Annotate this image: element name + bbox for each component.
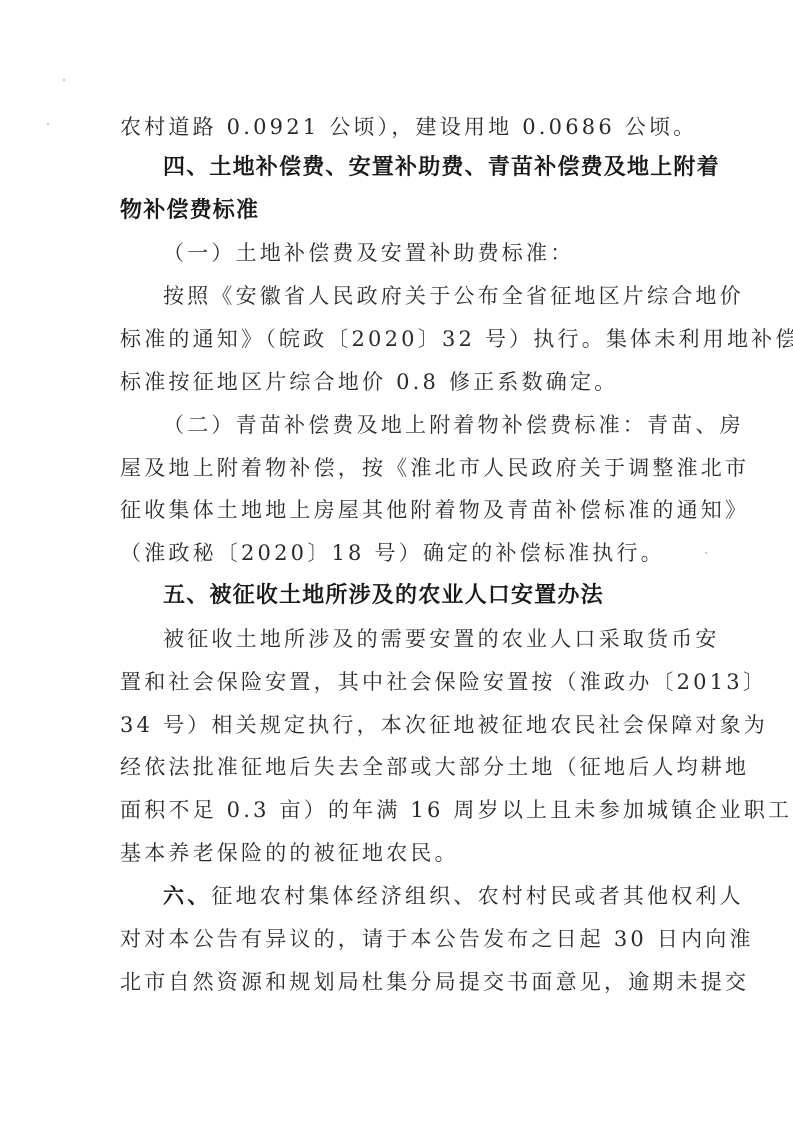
body-line: （淮政秘〔2020〕18 号）确定的补偿标准执行。 (120, 539, 680, 567)
body-line: 屋及地上附着物补偿，按《淮北市人民政府关于调整淮北市 (120, 454, 680, 482)
body-line: 按照《安徽省人民政府关于公布全省征地区片综合地价 (163, 282, 723, 310)
body-line: 标准按征地区片综合地价 0.8 修正系数确定。 (120, 368, 680, 396)
scan-speck (47, 123, 49, 125)
document-page: 农村道路 0.0921 公顷），建设用地 0.0686 公顷。 四、土地补偿费、… (0, 0, 793, 1121)
section-heading-4: 四、土地补偿费、安置补助费、青苗补偿费及地上附着 (163, 154, 723, 182)
body-line: 征收集体土地地上房屋其他附着物及青苗补偿标准的通知》 (120, 496, 680, 524)
scan-speck (705, 552, 707, 554)
section-number-6: 六、 (163, 884, 211, 908)
body-line: 面积不足 0.3 亩）的年满 16 周岁以上且未参加城镇企业职工 (120, 796, 680, 824)
body-line: 农村道路 0.0921 公顷），建设用地 0.0686 公顷。 (120, 113, 680, 141)
body-line: 被征收土地所涉及的需要安置的农业人口采取货币安 (163, 625, 723, 653)
section-6-text: 征地农村集体经济组织、农村村民或者其他权利人 (211, 884, 743, 908)
section-heading-5: 五、被征收土地所涉及的农业人口安置办法 (163, 582, 723, 610)
section-6-line: 六、征地农村集体经济组织、农村村民或者其他权利人 (163, 882, 723, 910)
body-line: 基本养老保险的的被征地农民。 (120, 839, 680, 867)
body-line: 置和社会保险安置，其中社会保险安置按（淮政办〔2013〕 (120, 668, 680, 696)
subsection-heading-2: （二）青苗补偿费及地上附着物补偿费标准：青苗、房 (163, 411, 723, 439)
body-line: 经依法批准征地后失去全部或大部分土地（征地后人均耕地 (120, 753, 680, 781)
body-line: 标准的通知》（皖政〔2020〕32 号）执行。集体未利用地补偿 (120, 325, 680, 353)
section-heading-4-cont: 物补偿费标准 (120, 197, 680, 225)
subsection-heading-1: （一）土地补偿费及安置补助费标准： (163, 239, 723, 267)
body-line: 34 号）相关规定执行，本次征地被征地农民社会保障对象为 (120, 711, 680, 739)
scan-speck (63, 79, 65, 81)
body-line: 对对本公告有异议的，请于本公告发布之日起 30 日内向淮 (120, 925, 680, 953)
body-line: 北市自然资源和规划局杜集分局提交书面意见，逾期未提交 (120, 968, 680, 996)
